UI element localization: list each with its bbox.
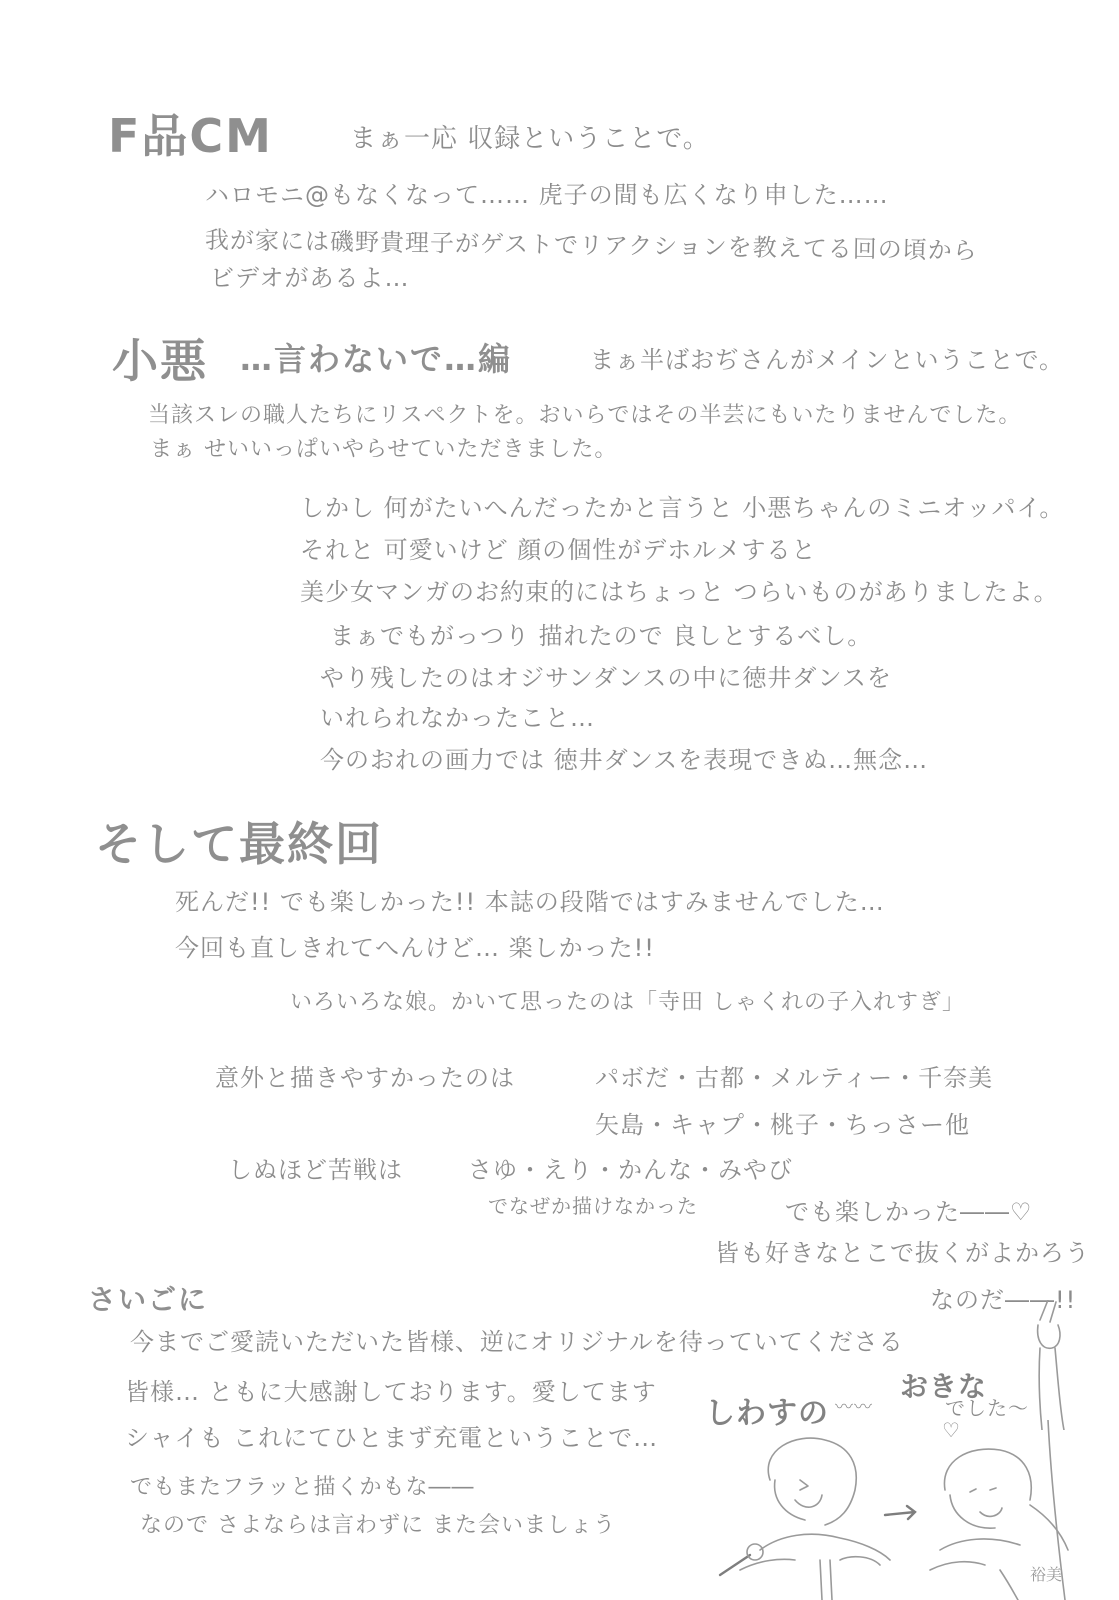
koaku-line-2: まぁ せいいっぱいやらせていただきました。 xyxy=(150,432,617,463)
closing-heading: さいごに xyxy=(88,1278,208,1318)
koaku-subheading: …言わないで…編 xyxy=(240,334,512,380)
easy-label: 意外と描きやすかったのは xyxy=(215,1058,515,1093)
hard-note: でなぜか描けなかった xyxy=(488,1190,698,1219)
koaku-indented-7: 今のおれの画力では 徳井ダンスを表現できぬ…無念… xyxy=(320,740,928,775)
cm-line-3: ビデオがあるよ… xyxy=(210,258,410,293)
raised-arm-sketch xyxy=(1020,1300,1080,1430)
final-line-2: 今回も直しきれてへんけど… 楽しかった!! xyxy=(175,928,655,963)
koaku-indented-6: いれられなかったこと… xyxy=(320,698,595,733)
caption-right-2: でした〜 xyxy=(945,1392,1029,1421)
hard-label: しぬほど苦戦は xyxy=(228,1150,403,1185)
fun-line: でも楽しかった――♡ xyxy=(785,1192,1033,1227)
fun-line-2: 皆も好きなとこで抜くがよかろう xyxy=(715,1233,1090,1268)
sketch-illustration: 裕美 xyxy=(700,1420,1119,1600)
farewell-line-2: なので さよならは言わずに また会いましょう xyxy=(140,1508,616,1539)
signature: 裕美 xyxy=(1030,1565,1062,1584)
koaku-indented-2: それと 可愛いけど 顔の個性がデホルメすると xyxy=(300,530,817,565)
cm-aside: まぁ一応 収録ということで。 xyxy=(350,118,710,155)
cm-heading: F品CM xyxy=(108,100,273,166)
closing-line-2: 皆様… ともに大感謝しております。愛してます xyxy=(125,1372,657,1407)
arrow-icon xyxy=(885,1506,915,1519)
closing-line-1: 今までご愛読いただいた皆様、逆にオリジナルを待っていてくださる xyxy=(130,1322,904,1357)
final-line-1: 死んだ!! でも楽しかった!! 本誌の段階ではすみませんでした… xyxy=(175,882,885,917)
koaku-indented-1: しかし 何がたいへんだったかと言うと 小悪ちゃんのミニオッパイ。 xyxy=(300,488,1064,523)
heart-icon: ♡ xyxy=(942,1418,961,1442)
closing-line-3: シャイも これにてひとまず充電ということで… xyxy=(125,1418,658,1453)
koaku-indented-3: 美少女マンガのお約束的にはちょっと つらいものがありましたよ。 xyxy=(300,572,1059,607)
cm-line-1: ハロモニ@もなくなって…… 虎子の間も広くなり申した…… xyxy=(205,175,889,210)
koaku-aside: まぁ半ばおぢさんがメインということで。 xyxy=(590,340,1064,375)
girl-singing-sketch xyxy=(720,1438,890,1600)
hard-list: さゆ・えり・かんな・みやび xyxy=(468,1150,793,1185)
koaku-line-1: 当該スレの職人たちにリスペクトを。おいらではその半芸にもいたりませんでした。 xyxy=(148,398,1021,429)
final-quote-line: いろいろな娘。かいて思ったのは「寺田 しゃくれの子入れすぎ」 xyxy=(290,985,965,1016)
easy-list-1: パボだ・古都・メルティー・千奈美 xyxy=(595,1058,993,1093)
koaku-heading: 小悪 xyxy=(112,325,208,391)
afterword-page: F品CM まぁ一応 収録ということで。 ハロモニ@もなくなって…… 虎子の間も広… xyxy=(0,0,1119,1600)
caption-wave: 〰〰 xyxy=(835,1393,873,1419)
farewell-line-1: でもまたフラッと描くかもな―― xyxy=(130,1470,475,1501)
koaku-indented-4: まぁでもがっつり 描れたので 良しとするべし。 xyxy=(330,616,872,651)
koaku-indented-5: やり残したのはオジサンダンスの中に徳井ダンスを xyxy=(320,658,892,693)
easy-list-2: 矢島・キャプ・桃子・ちっさー他 xyxy=(595,1105,970,1140)
final-heading: そして最終回 xyxy=(95,808,383,874)
